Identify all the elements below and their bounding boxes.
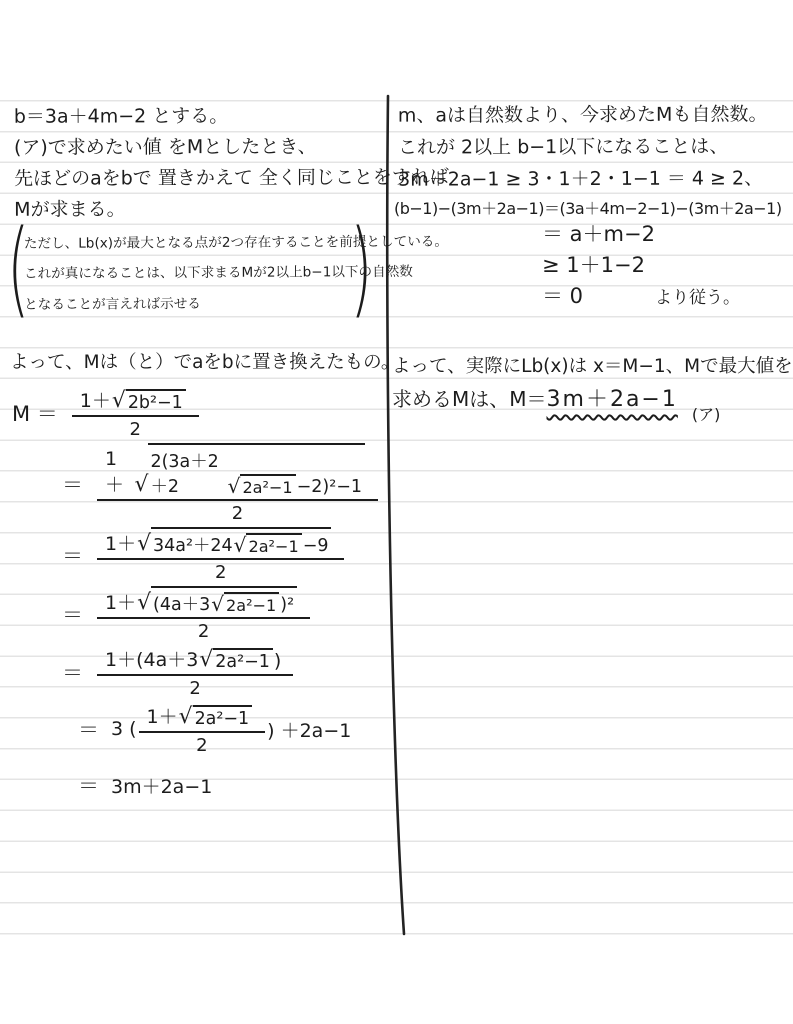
fraction: 1＋(4a＋3√2a²−1)2 bbox=[97, 645, 293, 699]
radical-sign: √ bbox=[179, 706, 193, 728]
answer-prefix: 求めるMは、M＝ bbox=[392, 383, 547, 416]
sqrt-expression: √2b²−1 bbox=[112, 389, 186, 413]
radical-sign: √ bbox=[137, 592, 151, 614]
equals-sign: M ＝ bbox=[12, 398, 58, 428]
equals-sign: ＝ bbox=[78, 714, 99, 744]
note-line: となることが言えれば示せる bbox=[24, 288, 366, 320]
chain-head-equation: (b−1)−(3m＋2a−1)＝(3a＋4m−2−1)−(3m＋2a−1) bbox=[394, 196, 790, 219]
final-answer: 3m＋2a−1 bbox=[547, 383, 678, 416]
derivation-line: ＝1＋(4a＋3√2a²−1)2 bbox=[10, 645, 380, 699]
chain-step: ＝ 0 より従う。 bbox=[542, 281, 790, 314]
inequality-chain: (b−1)−(3m＋2a−1)＝(3a＋4m−2−1)−(3m＋2a−1) ＝ … bbox=[394, 196, 790, 314]
radical-sign: √ bbox=[228, 476, 241, 496]
chain-step: ≥ 1＋1−2 bbox=[542, 250, 790, 281]
text-line: Mが求まる。 bbox=[14, 193, 449, 225]
sqrt-expression: √2(3a＋2＋2√2a²−1 −2)²−1 bbox=[135, 443, 365, 497]
sqrt-expression: √2a²−1 bbox=[179, 705, 253, 729]
note-line: これが真になることは、以下求まるMが2以上b−1以下の自然数 bbox=[24, 258, 366, 290]
answer-line: 求めるMは、M＝ 3m＋2a−1 (ア) bbox=[392, 383, 792, 417]
derivation-block: M ＝1＋√2b²−12＝1＋√2(3a＋2＋2√2a²−1 −2)²−12＝1… bbox=[10, 386, 380, 811]
fraction: 1＋√2(3a＋2＋2√2a²−1 −2)²−12 bbox=[97, 443, 378, 524]
text-line: 3m＋2a−1 ≥ 3・1＋2・1−1 ＝ 4 ≥ 2、 bbox=[398, 163, 768, 196]
derivation-line: M ＝1＋√2b²−12 bbox=[10, 386, 380, 440]
follows-note: より従う。 bbox=[655, 283, 740, 314]
notebook-page: b＝3a＋4m−2 とする。 (ア)で求めたい値 をMとしたとき、 先ほどのaを… bbox=[0, 0, 793, 1024]
derivation-line: ＝1＋√2(3a＋2＋2√2a²−1 −2)²−12 bbox=[10, 443, 380, 524]
equals-sign: ＝ bbox=[62, 599, 83, 629]
radical-sign: √ bbox=[234, 535, 247, 555]
left-intro-paragraph: b＝3a＋4m−2 とする。 (ア)で求めたい値 をMとしたとき、 先ほどのaを… bbox=[14, 100, 449, 225]
left-side-note: ( ただし、Lb(x)が最大となる点が2つ存在することを前提としている。 これが… bbox=[2, 226, 384, 319]
text-line: 先ほどのaをbで 置きかえて 全く同じことをすれば bbox=[14, 162, 449, 194]
equals-sign: ＝ bbox=[62, 657, 83, 687]
fraction: 1＋√2a²−12 bbox=[139, 702, 266, 756]
fraction: 1＋√(4a＋3√2a²−1)²2 bbox=[97, 586, 310, 642]
sqrt-expression: √2a²−1 bbox=[234, 533, 302, 556]
text-line: これが 2以上 b−1以下になることは、 bbox=[398, 131, 768, 164]
radical-sign: √ bbox=[135, 474, 149, 496]
radical-sign: √ bbox=[211, 594, 224, 614]
equals-sign: ＝ bbox=[62, 469, 83, 499]
sqrt-expression: √(4a＋3√2a²−1)² bbox=[137, 586, 297, 615]
chain-step: ＝ a＋m−2 bbox=[542, 219, 790, 250]
radical-sign: √ bbox=[199, 649, 213, 671]
radical-sign: √ bbox=[112, 390, 126, 412]
sqrt-expression: √2a²−1 bbox=[211, 592, 279, 615]
equals-sign: ＝ bbox=[78, 770, 99, 800]
chain-step-zero: ＝ 0 bbox=[542, 281, 583, 312]
sqrt-expression: √2a²−1 bbox=[228, 474, 296, 497]
transition-line: よって、Mは（と）でaをbに置き換えたもの。 bbox=[10, 348, 399, 374]
note-line: ただし、Lb(x)が最大となる点が2つ存在することを前提としている。 bbox=[24, 227, 366, 259]
fraction: 1＋√2b²−12 bbox=[72, 386, 199, 440]
text-line: m、aは自然数より、今求めたMも自然数。 bbox=[398, 98, 768, 131]
fraction: 1＋√34a²＋24√2a²−1 −92 bbox=[97, 527, 344, 583]
sqrt-expression: √34a²＋24√2a²−1 −9 bbox=[137, 527, 331, 556]
sqrt-expression: √2a²−1 bbox=[199, 648, 273, 672]
derivation-line: ＝1＋√34a²＋24√2a²−1 −92 bbox=[10, 527, 380, 583]
derivation-line: ＝3 (1＋√2a²−12) ＋2a−1 bbox=[10, 702, 380, 756]
text-line: b＝3a＋4m−2 とする。 bbox=[14, 100, 449, 132]
text-line: (ア)で求めたい値 をMとしたとき、 bbox=[14, 131, 449, 163]
answer-label: (ア) bbox=[692, 398, 721, 431]
derivation-line: ＝3m＋2a−1 bbox=[10, 759, 380, 811]
radical-sign: √ bbox=[137, 533, 151, 555]
right-intro-paragraph: m、aは自然数より、今求めたMも自然数。 これが 2以上 b−1以下になることは… bbox=[398, 98, 768, 196]
derivation-line: ＝1＋√(4a＋3√2a²−1)²2 bbox=[10, 586, 380, 642]
note-close-paren: ) bbox=[351, 218, 373, 318]
conclusion-line: よって、実際にLb(x)は x＝M−1、Mで最大値をとるため、 bbox=[392, 350, 792, 383]
right-conclusion: よって、実際にLb(x)は x＝M−1、Mで最大値をとるため、 求めるMは、M＝… bbox=[392, 350, 792, 417]
equals-sign: ＝ bbox=[62, 540, 83, 570]
